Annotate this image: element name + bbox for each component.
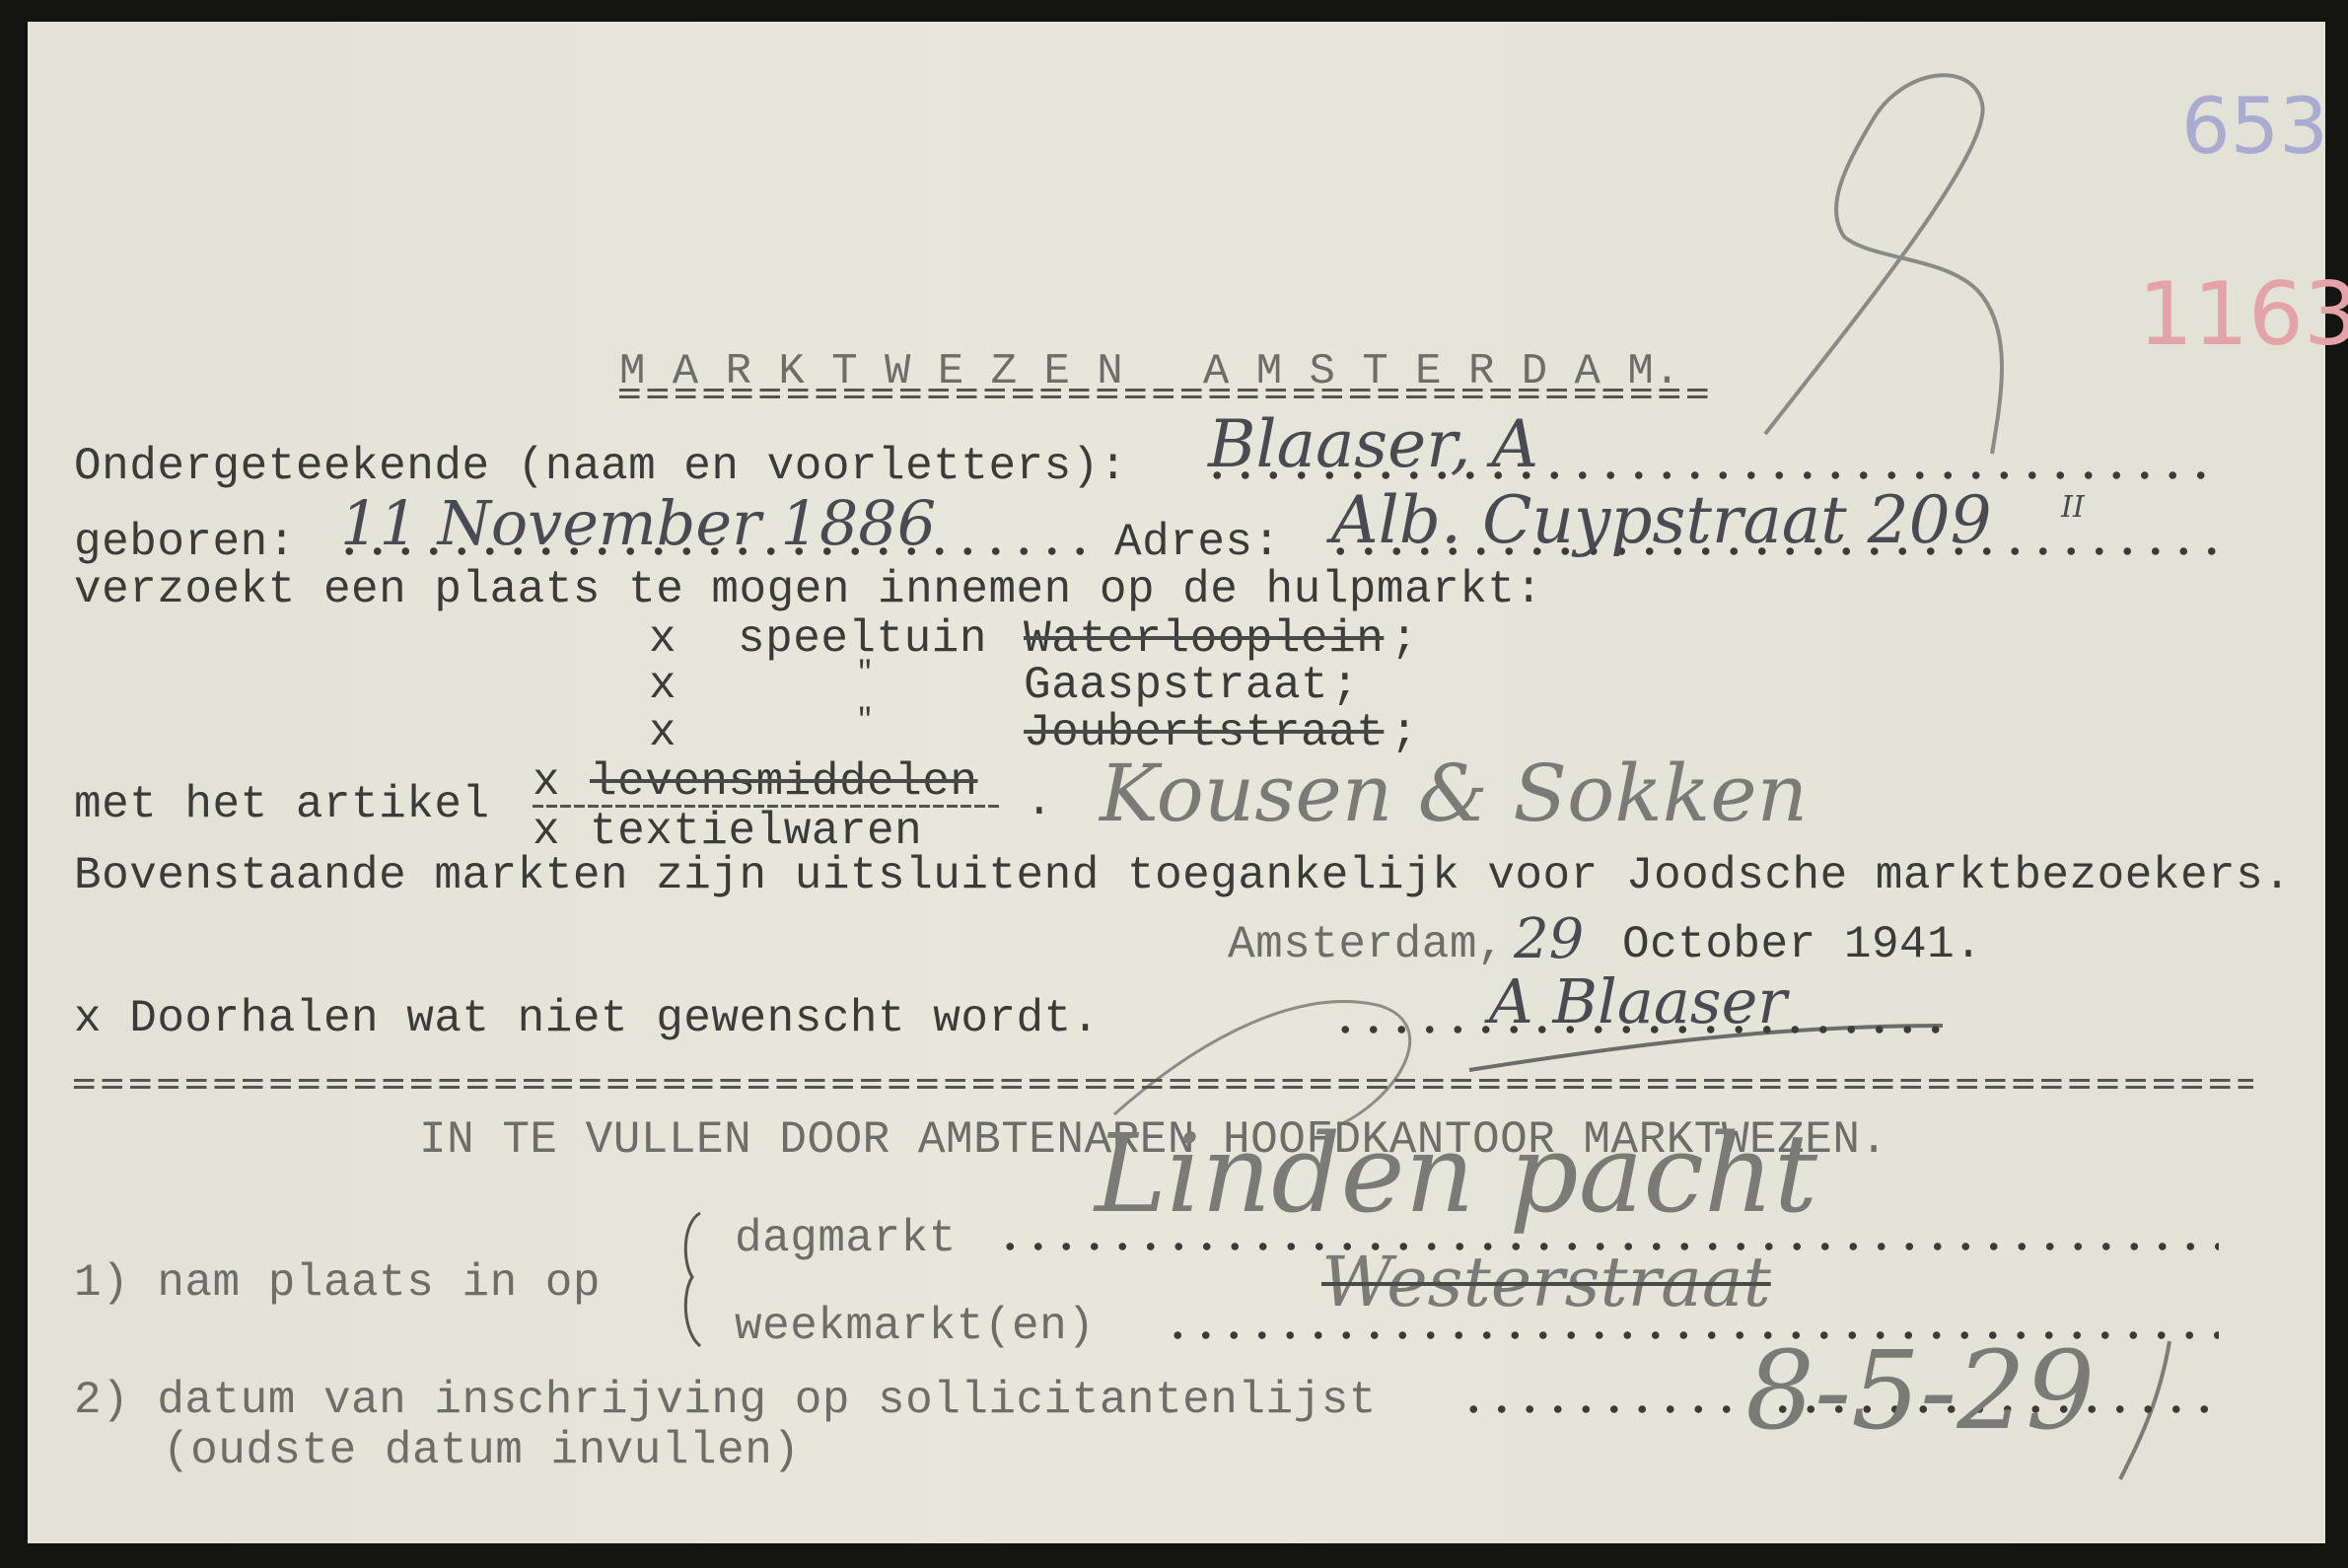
market-suffix-2: ; — [1331, 663, 1359, 708]
article-marker-2: x — [533, 809, 560, 854]
item2-sublabel: (oudste datum invullen) — [163, 1428, 800, 1473]
strike-instruction: x Doorhalen wat niet gewenscht wordt. — [74, 996, 1100, 1041]
address-floor: II — [2061, 493, 2085, 523]
market-marker-3: x — [649, 710, 676, 755]
request-text: verzoekt een plaats te mogen innemen op … — [74, 567, 1543, 612]
item2-label: 2) datum van inschrijving op sollicitant… — [74, 1378, 1377, 1423]
market-marker-1: x — [649, 616, 676, 662]
signature-field[interactable]: A Blaaser — [1489, 971, 1787, 1033]
office-pencil-note: Linden pacht — [1095, 1119, 1817, 1228]
address-field[interactable]: Alb. Cuypstraat 209 — [1331, 488, 1992, 553]
registration-date-field[interactable]: 8-5-29 — [1745, 1336, 2095, 1445]
article-textielwaren-option[interactable]: textielwaren — [590, 809, 922, 854]
market-waterlooplein-option[interactable]: Waterlooplein — [1024, 616, 1384, 662]
market-gaaspstraat-option[interactable]: Gaaspstraat — [1024, 663, 1328, 708]
weekmarkt-label: weekmarkt(en) — [735, 1304, 1095, 1349]
ditto-mark-2: " — [856, 659, 875, 688]
name-field[interactable]: Blaaser, A — [1208, 412, 1538, 477]
date-day-field[interactable]: 29 — [1514, 912, 1584, 967]
dagmarkt-label: dagmarkt — [735, 1216, 957, 1261]
weekmarkt-value: Westerstraat — [1321, 1247, 1771, 1317]
section-separator — [74, 1078, 2253, 1090]
article-levensmiddelen-option[interactable]: levensmiddelen — [590, 759, 977, 805]
red-archive-number: 1163 — [2138, 271, 2348, 358]
blue-archive-number: 653 — [2181, 89, 2328, 166]
article-marker-1: x — [533, 759, 560, 805]
birth-label: geboren: — [74, 520, 296, 565]
date-rest: October 1941. — [1622, 922, 1982, 967]
address-label: Adres: — [1114, 520, 1281, 565]
jewish-only-notice: Bovenstaande markten zijn uitsluitend to… — [74, 853, 2291, 898]
ditto-mark-3: " — [856, 706, 875, 736]
market-marker-2: x — [649, 663, 676, 708]
title-double-underline — [619, 388, 1709, 399]
article-value[interactable]: Kousen & Sokken — [1100, 754, 1808, 833]
brace-icon — [671, 1208, 710, 1351]
market-type-1: speeltuin — [738, 616, 987, 662]
item1-label: 1) nam plaats in op — [74, 1260, 601, 1306]
article-label: met het artikel — [74, 782, 490, 827]
name-label: Ondergeteekende (naam en voorletters): — [74, 444, 1127, 489]
article-period: . — [1026, 779, 1053, 824]
market-suffix-1: ; — [1390, 616, 1418, 662]
place-prefix: Amsterdam, — [1228, 922, 1505, 967]
birth-date-field[interactable]: 11 November 1886 — [340, 493, 936, 554]
